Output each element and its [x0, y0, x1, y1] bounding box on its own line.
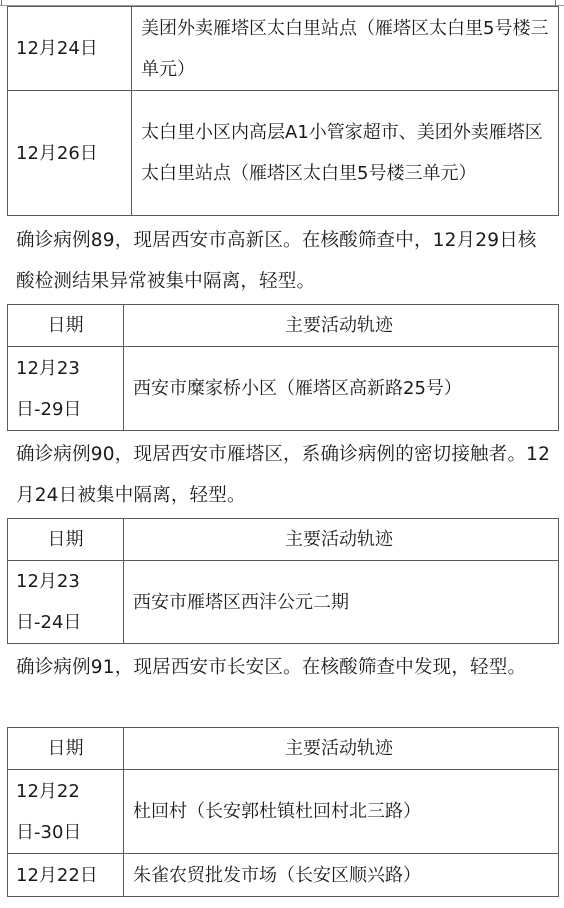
date-cell: 12月22日-30日 [8, 770, 124, 854]
table-row: 12月23日-29日 西安市糜家桥小区（雁塔区高新路25号） [8, 347, 559, 431]
date-cell: 12月23日-24日 [8, 561, 124, 644]
date-cell: 12月23日-29日 [8, 347, 124, 431]
date-cell: 12月26日 [8, 91, 132, 216]
table-header-row: 日期 主要活动轨迹 [8, 305, 559, 347]
case-91-itinerary-table: 日期 主要活动轨迹 12月22日-30日 杜回村（长安郭杜镇杜回村北三路） 12… [7, 727, 559, 897]
route-cell: 杜回村（长安郭杜镇杜回村北三路） [124, 770, 559, 854]
table-header-row: 日期 主要活动轨迹 [8, 519, 559, 561]
table-row: 12月24日 美团外卖雁塔区太白里站点（雁塔区太白里5号楼三单元） [8, 7, 559, 91]
column-header-date: 日期 [8, 519, 124, 561]
case-90-description: 确诊病例90，现居西安市雁塔区，系确诊病例的密切接触者。12月24日被集中隔离，… [16, 434, 552, 516]
table-row: 12月23日-24日 西安市雁塔区西沣公元二期 [8, 561, 559, 644]
route-cell: 西安市雁塔区西沣公元二期 [124, 561, 559, 644]
column-header-date: 日期 [8, 728, 124, 770]
table-row: 12月22日-30日 杜回村（长安郭杜镇杜回村北三路） [8, 770, 559, 854]
date-cell: 12月24日 [8, 7, 132, 91]
case-91-description: 确诊病例91，现居西安市长安区。在核酸筛查中发现，轻型。 [16, 647, 552, 688]
case-89-description: 确诊病例89，现居西安市高新区。在核酸筛查中，12月29日核酸检测结果异常被集中… [16, 220, 552, 302]
route-cell: 太白里小区内高层A1小管家超市、美团外卖雁塔区太白里站点（雁塔区太白里5号楼三单… [132, 91, 559, 216]
table-row: 12月22日 朱雀农贸批发市场（长安区顺兴路） [8, 854, 559, 897]
column-header-route: 主要活动轨迹 [124, 519, 559, 561]
route-cell: 朱雀农贸批发市场（长安区顺兴路） [124, 854, 559, 897]
itinerary-table-continued: 12月24日 美团外卖雁塔区太白里站点（雁塔区太白里5号楼三单元） 12月26日… [7, 6, 559, 216]
table-header-row: 日期 主要活动轨迹 [8, 728, 559, 770]
table-row: 12月26日 太白里小区内高层A1小管家超市、美团外卖雁塔区太白里站点（雁塔区太… [8, 91, 559, 216]
column-header-date: 日期 [8, 305, 124, 347]
case-89-itinerary-table: 日期 主要活动轨迹 12月23日-29日 西安市糜家桥小区（雁塔区高新路25号） [7, 304, 559, 431]
route-cell: 西安市糜家桥小区（雁塔区高新路25号） [124, 347, 559, 431]
route-cell: 美团外卖雁塔区太白里站点（雁塔区太白里5号楼三单元） [132, 7, 559, 91]
column-header-route: 主要活动轨迹 [124, 728, 559, 770]
column-header-route: 主要活动轨迹 [124, 305, 559, 347]
date-cell: 12月22日 [8, 854, 124, 897]
case-90-itinerary-table: 日期 主要活动轨迹 12月23日-24日 西安市雁塔区西沣公元二期 [7, 518, 559, 644]
